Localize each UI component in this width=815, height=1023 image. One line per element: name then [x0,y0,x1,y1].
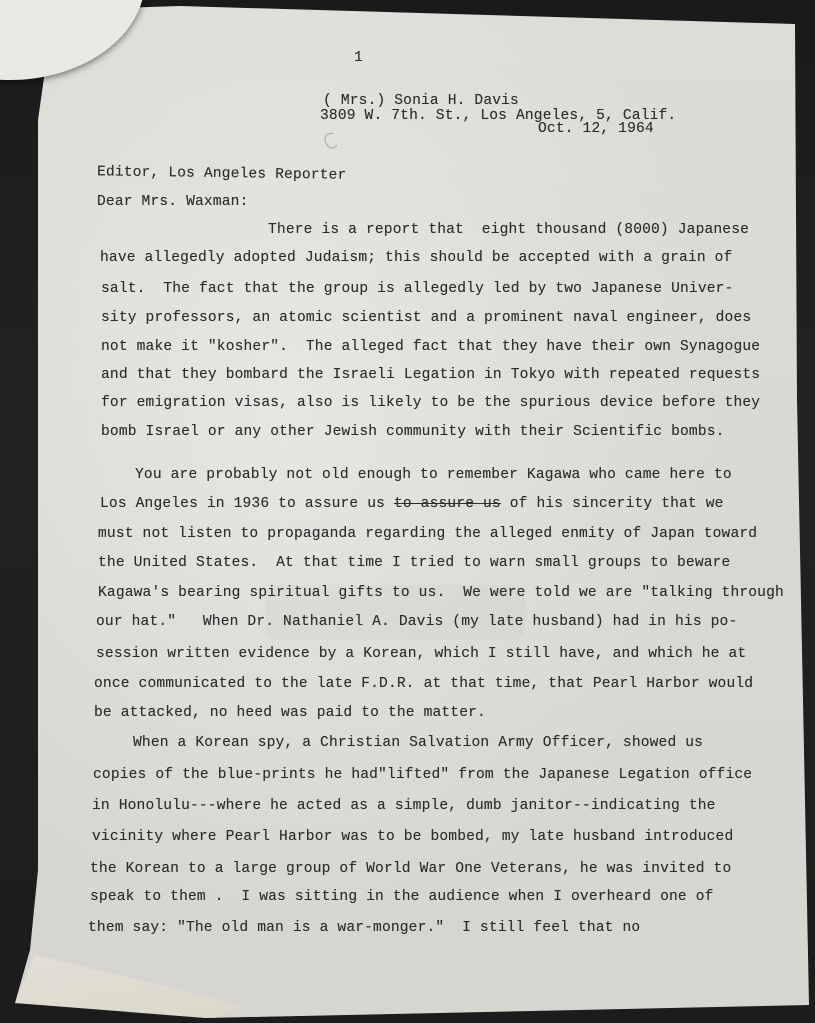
text-line: You are probably not old enough to remem… [135,467,732,483]
text-line: and that they bombard the Israeli Legati… [101,367,760,383]
text-line: copies of the blue-prints he had"lifted"… [93,767,752,783]
text-line-with-strikethrough: Los Angeles in 1936 to assure us to assu… [100,496,724,512]
text-line: them say: "The old man is a war-monger."… [88,920,640,936]
sender-name: ( Mrs.) Sonia H. Davis [323,93,519,109]
text-line: the United States. At that time I tried … [98,555,730,571]
text-line: When a Korean spy, a Christian Salvation… [133,735,703,751]
text-line: for emigration visas, also is likely to … [101,395,760,411]
text-line: in Honolulu---where he acted as a simple… [92,798,716,814]
text-line: speak to them . I was sitting in the aud… [90,889,714,905]
text-line: Kagawa's bearing spiritual gifts to us. … [98,585,784,601]
text-line: not make it "kosher". The alleged fact t… [101,339,760,355]
text-line: our hat." When Dr. Nathaniel A. Davis (m… [96,614,737,630]
text-line: have allegedly adopted Judaism; this sho… [100,250,732,266]
page-number: 1 [354,50,363,66]
text-line: must not listen to propaganda regarding … [98,526,757,542]
text-fragment: Los Angeles in 1936 to assure us [100,496,394,512]
letter-date: Oct. 12, 1964 [538,121,654,137]
text-line: be attacked, no heed was paid to the mat… [94,705,486,721]
struck-text: to assure us [394,496,501,512]
text-fragment: of his sincerity that we [501,496,724,512]
text-line: bomb Israel or any other Jewish communit… [101,424,725,440]
text-line: session written evidence by a Korean, wh… [96,646,746,662]
photo-scene: 1 ( Mrs.) Sonia H. Davis 3809 W. 7th. St… [0,0,815,1023]
text-line: once communicated to the late F.D.R. at … [94,676,753,692]
text-line: There is a report that eight thousand (8… [268,222,749,238]
salutation: Dear Mrs. Waxman: [97,194,248,210]
text-line: vicinity where Pearl Harbor was to be bo… [92,829,733,845]
text-line: the Korean to a large group of World War… [90,861,731,877]
text-line: sity professors, an atomic scientist and… [101,310,751,326]
text-line: salt. The fact that the group is alleged… [101,281,733,297]
